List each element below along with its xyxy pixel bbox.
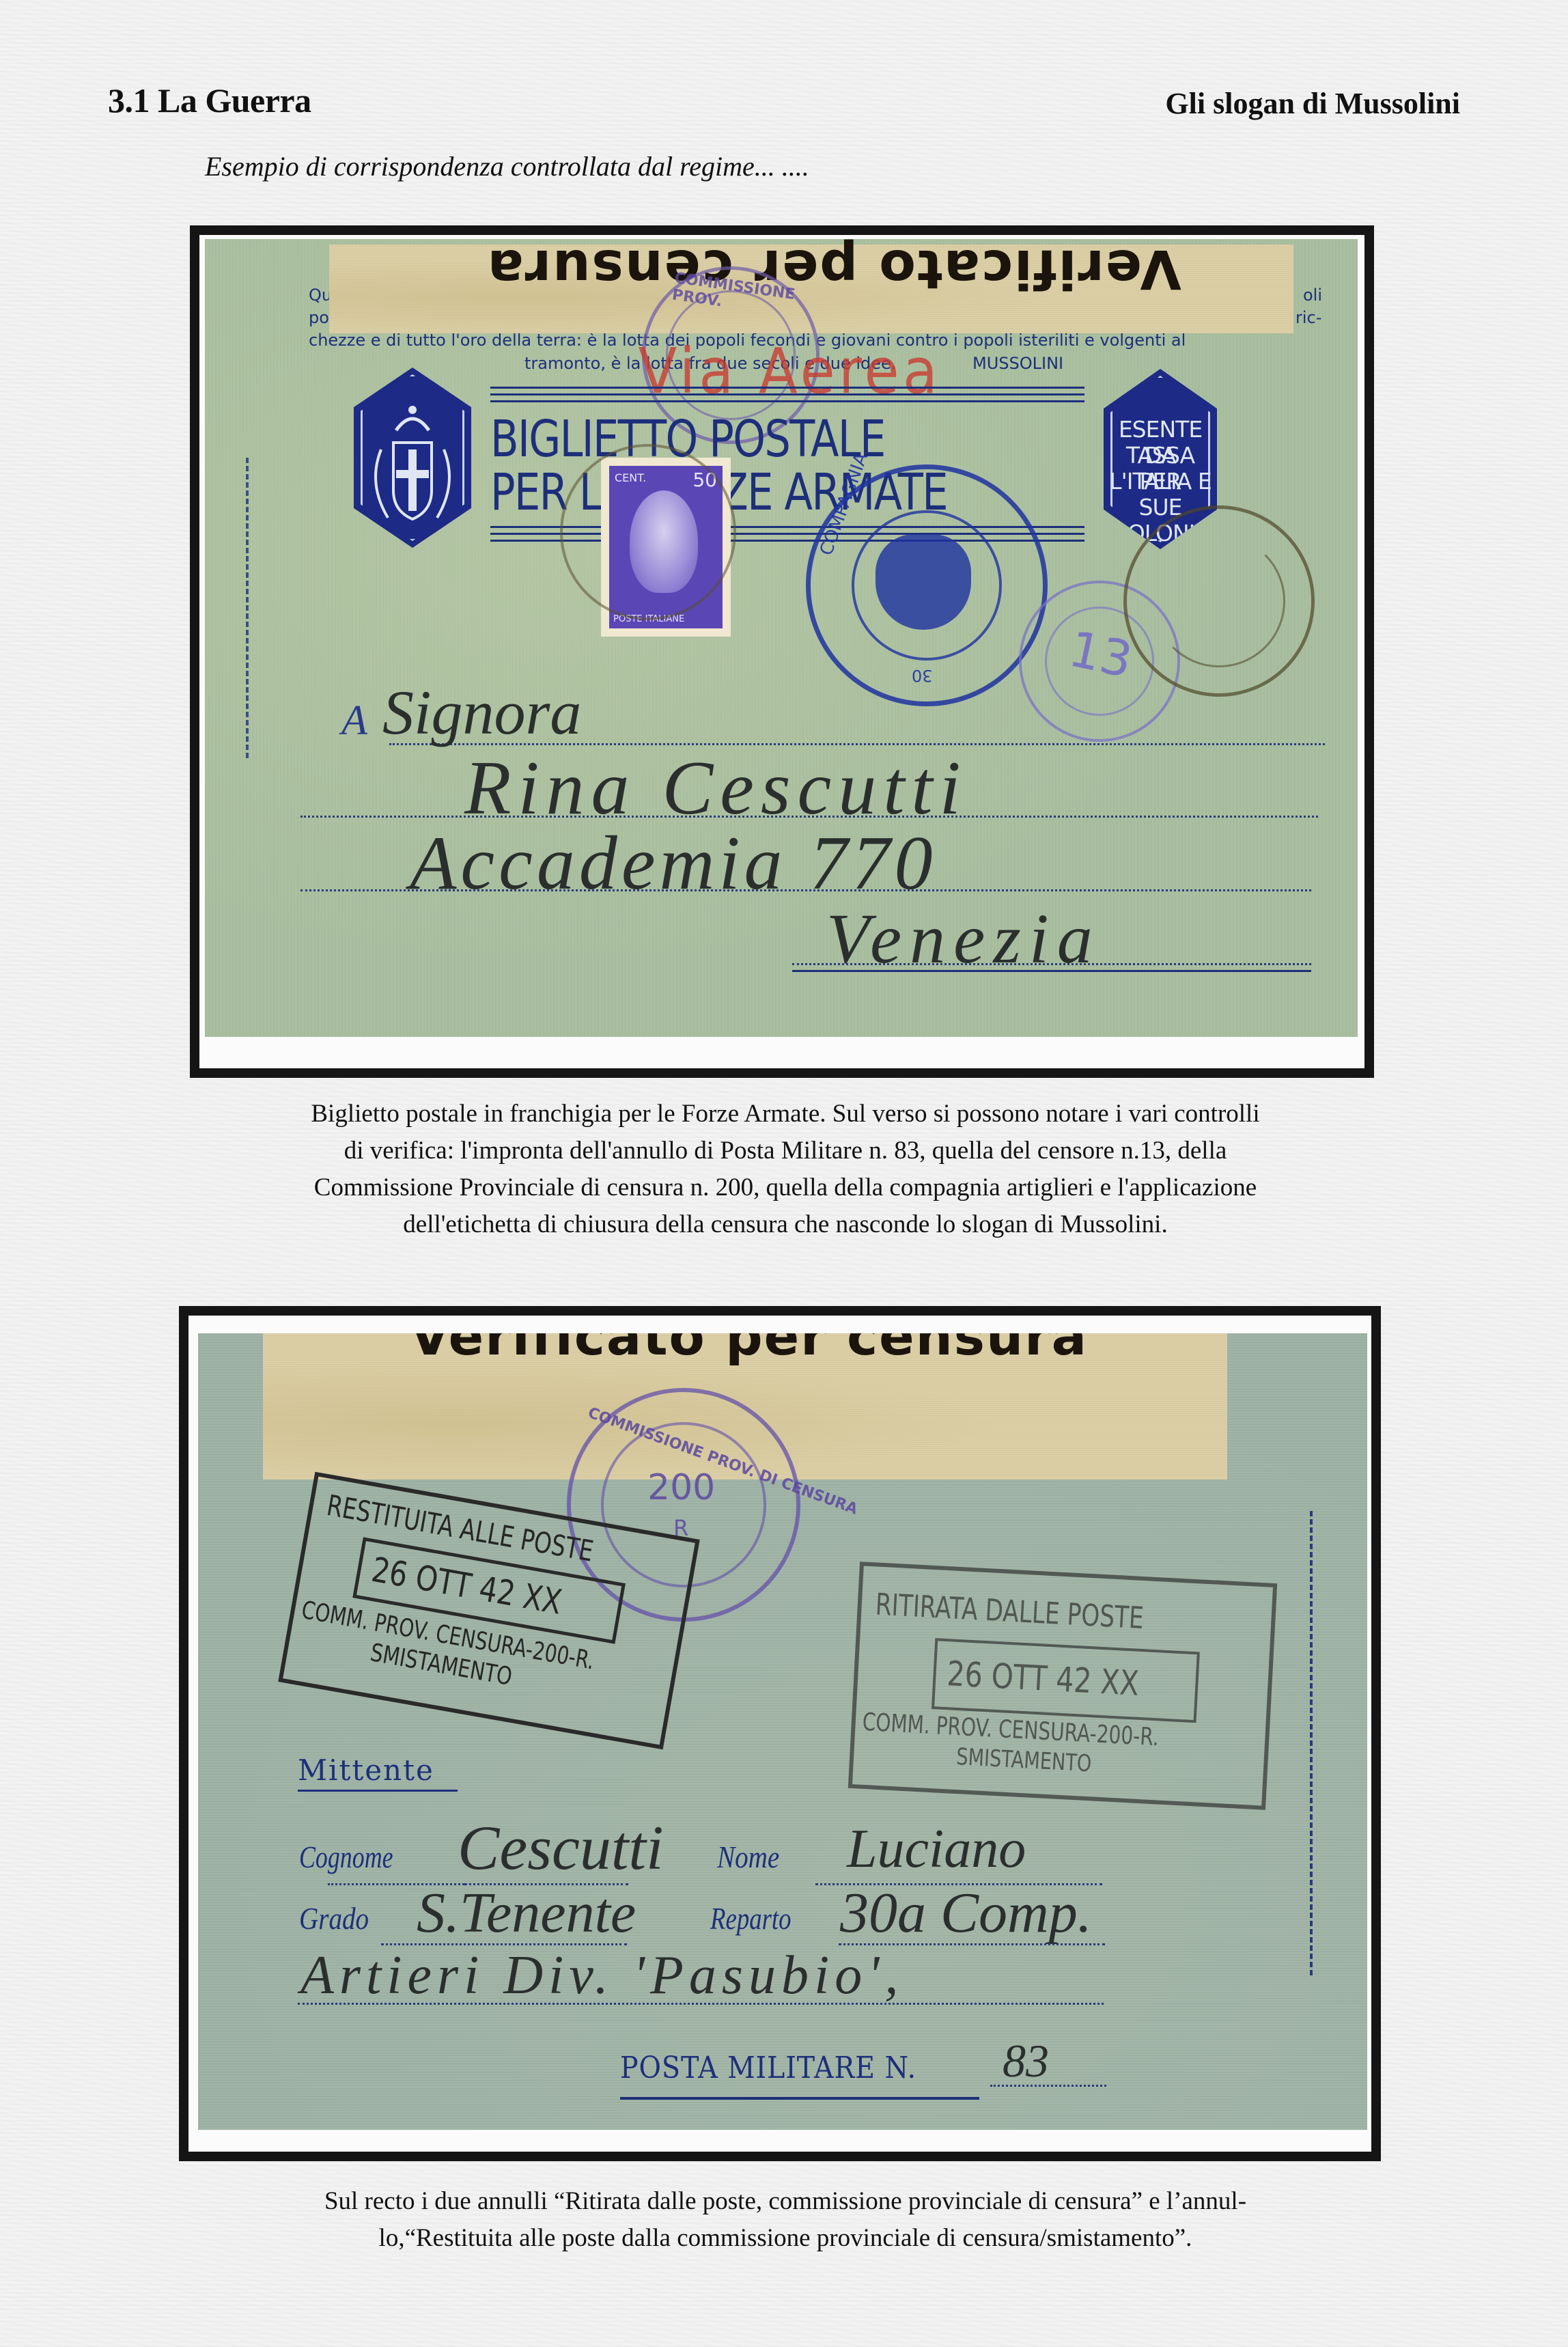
ritirata-line-4: SMISTAMENTO — [955, 1743, 1092, 1777]
cognome-label: Cognome — [299, 1839, 393, 1875]
fold-line-left — [246, 458, 249, 758]
posta-militare-field-line — [990, 2085, 1106, 2087]
posta-militare-label: POSTA MILITARE N. — [620, 2051, 916, 2085]
slogan-fragment-2r: ric- — [1296, 307, 1321, 329]
slogan-fragment-1l: Qu — [309, 284, 332, 307]
extra-field-line — [298, 2003, 1104, 2005]
slogan-signature: MUSSOLINI — [972, 352, 1063, 375]
censor-label-text-recto: Verificato per censura — [410, 1333, 1088, 1367]
cognome-value: Cescutti — [458, 1811, 664, 1884]
postal-card-verso: Qu po oli ric- chezze e di tutto l'oro d… — [205, 239, 1358, 1037]
address-line-3-text: Accademia 770 — [410, 820, 937, 908]
reparto-value: 30a Comp. — [840, 1880, 1092, 1946]
posta-militare-underline — [620, 2097, 979, 2100]
airmail-mark: Via Aerea — [639, 335, 942, 408]
address-salutation: A — [341, 697, 367, 745]
caption-recto: Sul recto i due annulli “Ritirata dalle … — [150, 2183, 1420, 2257]
company-stamp: COMPAGNIA 30 — [806, 464, 1048, 706]
nome-label: Nome — [717, 1839, 779, 1875]
provincial-stamp-number: 200 — [647, 1467, 715, 1508]
sender-heading: Mittente — [298, 1753, 434, 1787]
fold-line-right — [1310, 1511, 1313, 1975]
slogan-fragment-2l: po — [309, 307, 329, 329]
caption-verso-line-1: Biglietto postale in franchigia per le F… — [150, 1096, 1420, 1133]
reparto-label: Reparto — [710, 1900, 792, 1936]
posta-militare-value: 83 — [1003, 2034, 1049, 2088]
caption-verso: Biglietto postale in franchigia per le F… — [150, 1096, 1420, 1243]
title-rule-2 — [490, 393, 1084, 395]
military-postmark-right — [1123, 505, 1315, 697]
savoy-cross-icon — [354, 367, 471, 548]
caption-verso-line-3: Commissione Provinciale di censura n. 20… — [150, 1169, 1420, 1206]
title-rule-3 — [490, 400, 1084, 402]
ritirata-date: 26 OTT 42 XX — [946, 1654, 1140, 1704]
intro-text: Esempio di corrispondenza controllata da… — [205, 150, 809, 182]
sender-heading-underline — [298, 1790, 458, 1792]
restituita-date: 26 OTT 42 XX — [369, 1550, 565, 1622]
caption-verso-line-4: dell'etichetta di chiusura della censura… — [150, 1206, 1420, 1243]
caption-recto-line-1: Sul recto i due annulli “Ritirata dalle … — [150, 2183, 1420, 2220]
military-postmark-left — [560, 444, 736, 620]
address-line-1-text: Signora — [382, 676, 581, 749]
extra-unit-value: Artieri Div. 'Pasubio', — [300, 1945, 904, 2007]
company-stamp-number: 30 — [912, 666, 933, 685]
slogan-fragment-1r: oli — [1303, 284, 1322, 307]
exempt-line-3: L'ITALIA E — [1104, 469, 1217, 495]
address-line-4-text: Venezia — [826, 898, 1101, 980]
caption-verso-line-2: di verifica: l'impronta dell'annullo di … — [150, 1133, 1420, 1169]
ritirata-stamp: RITIRATA DALLE POSTE 26 OTT 42 XX COMM. … — [848, 1561, 1278, 1810]
section-title: 3.1 La Guerra — [108, 81, 311, 120]
title-rule-1 — [490, 387, 1084, 389]
ritirata-line-1: RITIRATA DALLE POSTE — [875, 1587, 1145, 1637]
topic-title: Gli slogan di Mussolini — [1165, 86, 1460, 121]
grado-value: S.Tenente — [417, 1880, 636, 1946]
postal-card-recto: Verificato per censura COMMISSIONE PROV.… — [198, 1333, 1367, 2130]
censor-label-text: Verificato per censura — [486, 239, 1181, 299]
grado-label: Grado — [299, 1900, 369, 1936]
caption-recto-line-2: lo,“Restituita alle poste dalla commissi… — [150, 2220, 1420, 2257]
coat-of-arms-emblem — [354, 367, 471, 548]
nome-value: Luciano — [847, 1818, 1026, 1880]
